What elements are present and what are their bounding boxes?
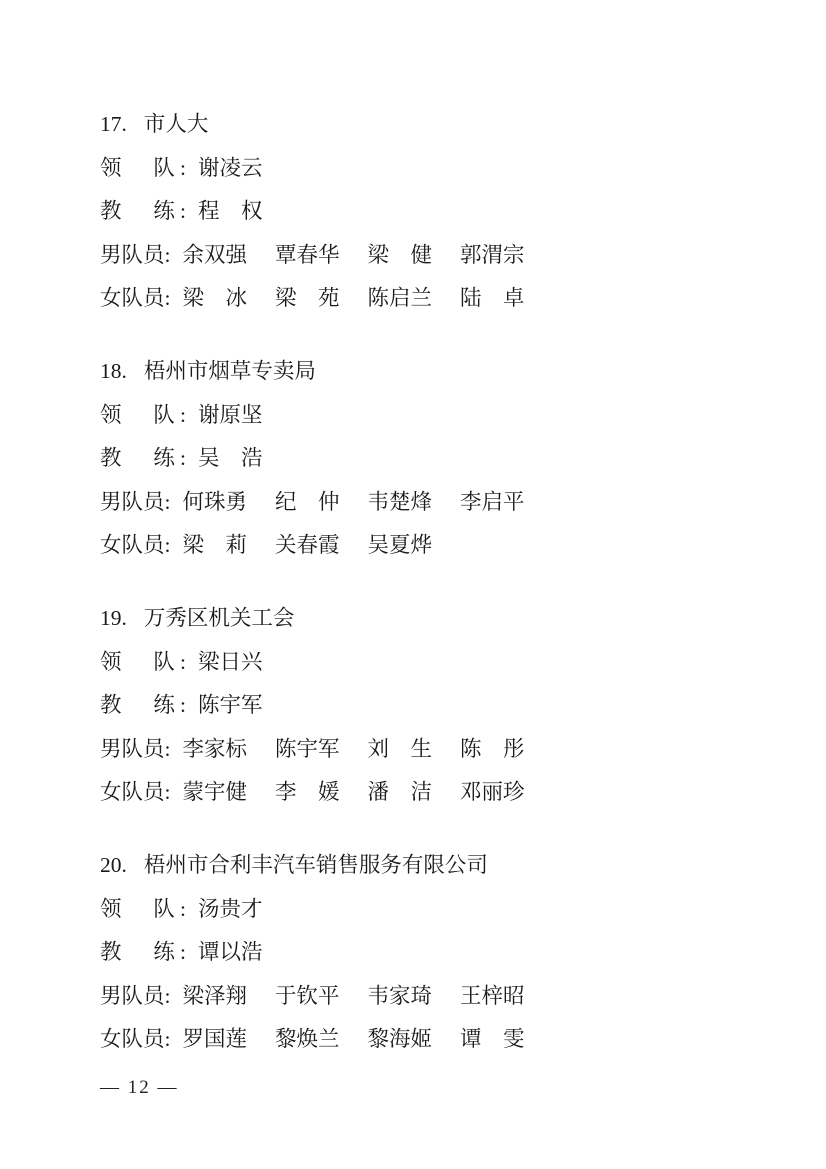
coach-name: 谭以浩 [198, 940, 263, 964]
member-name: 郭渭宗 [460, 243, 525, 267]
team-number: 17. [100, 103, 127, 147]
document-page: 17.市人大 领 队:谢凌云 教 练:程 权 男队员:余双强覃春华梁 健郭渭宗 … [0, 0, 826, 1169]
team-org-name: 万秀区机关工会 [144, 606, 295, 630]
female-members-list: 梁 莉关春霞吴夏烨 [182, 533, 460, 557]
team-section-20: 20.梧州市合利丰汽车销售服务有限公司 领 队:汤贵才 教 练:谭以浩 男队员:… [100, 844, 766, 1062]
female-members-line: 女队员:罗国莲黎焕兰黎海姬谭 雯 [100, 1018, 766, 1062]
female-members-line: 女队员:蒙宇健李 媛潘 洁邓丽珍 [100, 771, 766, 815]
member-name: 李 媛 [275, 780, 340, 804]
team-roster-list: 17.市人大 领 队:谢凌云 教 练:程 权 男队员:余双强覃春华梁 健郭渭宗 … [0, 0, 826, 1062]
team-title-line: 17.市人大 [100, 103, 766, 147]
male-members-list: 李家标陈宇军刘 生陈 彤 [182, 737, 552, 761]
female-members-label: 女队员: [100, 524, 170, 568]
female-members-label: 女队员: [100, 771, 170, 815]
coach-label: 教 练: [100, 437, 186, 481]
female-members-list: 梁 冰梁 苑陈启兰陆 卓 [182, 286, 552, 310]
coach-label: 教 练: [100, 684, 186, 728]
leader-label: 领 队: [100, 394, 186, 438]
coach-name: 陈宇军 [198, 693, 263, 717]
coach-name: 程 权 [198, 199, 263, 223]
male-members-label: 男队员: [100, 481, 170, 525]
member-name: 韦楚烽 [368, 490, 433, 514]
team-section-17: 17.市人大 领 队:谢凌云 教 练:程 权 男队员:余双强覃春华梁 健郭渭宗 … [100, 103, 766, 321]
member-name: 黎焕兰 [275, 1027, 340, 1051]
member-name: 陈宇军 [275, 737, 340, 761]
member-name: 罗国莲 [182, 1027, 247, 1051]
member-name: 关春霞 [275, 533, 340, 557]
member-name: 刘 生 [368, 737, 433, 761]
member-name: 黎海姬 [368, 1027, 433, 1051]
leader-name: 谢凌云 [198, 156, 263, 180]
leader-name: 汤贵才 [198, 897, 263, 921]
member-name: 梁 莉 [182, 533, 247, 557]
male-members-line: 男队员:何珠勇纪 仲韦楚烽李启平 [100, 481, 766, 525]
leader-label: 领 队: [100, 641, 186, 685]
leader-name: 梁日兴 [198, 650, 263, 674]
male-members-label: 男队员: [100, 728, 170, 772]
member-name: 于钦平 [275, 984, 340, 1008]
female-members-list: 罗国莲黎焕兰黎海姬谭 雯 [182, 1027, 552, 1051]
team-section-18: 18.梧州市烟草专卖局 领 队:谢原坚 教 练:吴 浩 男队员:何珠勇纪 仲韦楚… [100, 350, 766, 568]
leader-line: 领 队:谢凌云 [100, 147, 766, 191]
coach-label: 教 练: [100, 931, 186, 975]
male-members-line: 男队员:余双强覃春华梁 健郭渭宗 [100, 234, 766, 278]
member-name: 纪 仲 [275, 490, 340, 514]
team-number: 20. [100, 844, 127, 888]
female-members-line: 女队员:梁 莉关春霞吴夏烨 [100, 524, 766, 568]
team-number: 18. [100, 350, 127, 394]
team-number: 19. [100, 597, 127, 641]
team-title-line: 18.梧州市烟草专卖局 [100, 350, 766, 394]
coach-name: 吴 浩 [198, 446, 263, 470]
member-name: 李家标 [182, 737, 247, 761]
member-name: 覃春华 [275, 243, 340, 267]
coach-line: 教 练:吴 浩 [100, 437, 766, 481]
member-name: 余双强 [182, 243, 247, 267]
team-org-name: 梧州市合利丰汽车销售服务有限公司 [144, 853, 488, 877]
member-name: 谭 雯 [460, 1027, 525, 1051]
coach-line: 教 练:谭以浩 [100, 931, 766, 975]
member-name: 梁 冰 [182, 286, 247, 310]
female-members-label: 女队员: [100, 277, 170, 321]
female-members-list: 蒙宇健李 媛潘 洁邓丽珍 [182, 780, 552, 804]
member-name: 蒙宇健 [182, 780, 247, 804]
male-members-list: 余双强覃春华梁 健郭渭宗 [182, 243, 552, 267]
member-name: 梁 苑 [275, 286, 340, 310]
team-org-name: 梧州市烟草专卖局 [144, 359, 316, 383]
female-members-label: 女队员: [100, 1018, 170, 1062]
member-name: 潘 洁 [368, 780, 433, 804]
coach-label: 教 练: [100, 190, 186, 234]
male-members-line: 男队员:李家标陈宇军刘 生陈 彤 [100, 728, 766, 772]
member-name: 陈 彤 [460, 737, 525, 761]
team-title-line: 19.万秀区机关工会 [100, 597, 766, 641]
member-name: 陈启兰 [368, 286, 433, 310]
female-members-line: 女队员:梁 冰梁 苑陈启兰陆 卓 [100, 277, 766, 321]
male-members-list: 梁泽翔于钦平韦家琦王梓昭 [182, 984, 552, 1008]
male-members-list: 何珠勇纪 仲韦楚烽李启平 [182, 490, 552, 514]
team-org-name: 市人大 [144, 112, 209, 136]
member-name: 梁泽翔 [182, 984, 247, 1008]
leader-label: 领 队: [100, 888, 186, 932]
male-members-line: 男队员:梁泽翔于钦平韦家琦王梓昭 [100, 975, 766, 1019]
member-name: 王梓昭 [460, 984, 525, 1008]
coach-line: 教 练:陈宇军 [100, 684, 766, 728]
page-number: — 12 — [100, 1078, 826, 1098]
member-name: 吴夏烨 [368, 533, 433, 557]
leader-name: 谢原坚 [198, 403, 263, 427]
male-members-label: 男队员: [100, 234, 170, 278]
leader-line: 领 队:谢原坚 [100, 394, 766, 438]
leader-line: 领 队:汤贵才 [100, 888, 766, 932]
member-name: 何珠勇 [182, 490, 247, 514]
coach-line: 教 练:程 权 [100, 190, 766, 234]
male-members-label: 男队员: [100, 975, 170, 1019]
leader-label: 领 队: [100, 147, 186, 191]
member-name: 梁 健 [368, 243, 433, 267]
leader-line: 领 队:梁日兴 [100, 641, 766, 685]
member-name: 李启平 [460, 490, 525, 514]
member-name: 邓丽珍 [460, 780, 525, 804]
team-section-19: 19.万秀区机关工会 领 队:梁日兴 教 练:陈宇军 男队员:李家标陈宇军刘 生… [100, 597, 766, 815]
team-title-line: 20.梧州市合利丰汽车销售服务有限公司 [100, 844, 766, 888]
member-name: 陆 卓 [460, 286, 525, 310]
member-name: 韦家琦 [368, 984, 433, 1008]
